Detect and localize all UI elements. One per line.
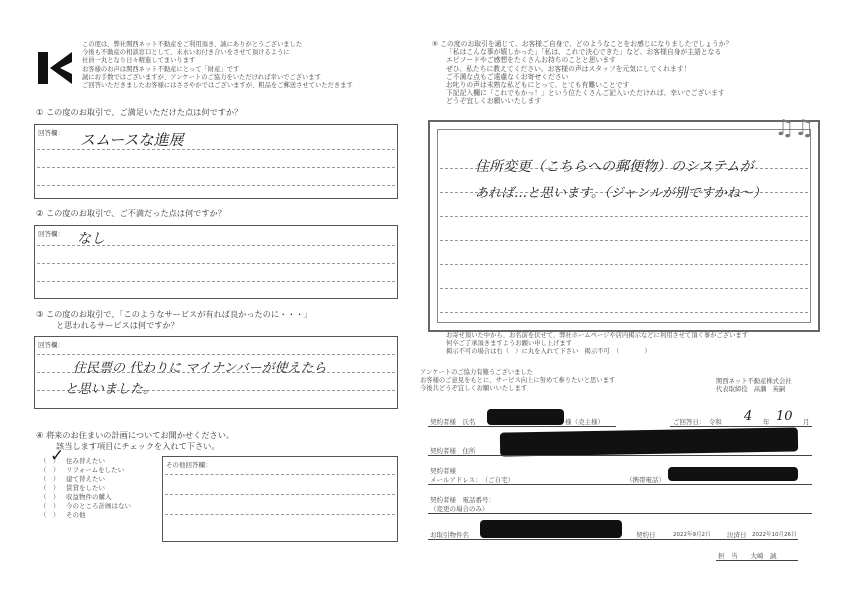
thanks-text: アンケートのご協力有難うございました お客様のご意見をもとに、サービス向上に努め… xyxy=(420,369,615,394)
option-rebuild[interactable]: （ ）建て替えたい xyxy=(40,475,131,484)
q3-answer-line1: 住民票の 代わりに マイナンバーが使えたら xyxy=(73,357,326,376)
check-mark-icon: ✓ xyxy=(50,446,64,466)
q5-intro-line: お叱りの声は未熟な私どもにとって、とても有難いことです xyxy=(432,81,732,89)
intro-line: 誠にお手数ではございますが、アンケートのご協力をいただければ幸いでございます xyxy=(82,74,353,82)
address-underline xyxy=(428,455,812,456)
answer-label: 回答欄： xyxy=(38,229,64,238)
company-name: 関西ネット不動産株式会社 xyxy=(716,378,792,386)
q4-question-line1: ④ 将来のお住まいの計画についてお聞かせください。 xyxy=(36,430,234,440)
intro-line: お客様のお声は関西ネット不動産にとって「財産」です xyxy=(82,66,353,74)
date-year: 4 xyxy=(744,409,752,424)
redacted-address xyxy=(500,427,798,456)
company-signature: 関西ネット不動産株式会社 代表取締役 高瀬 英嗣 xyxy=(716,378,792,394)
intro-line: 社員一丸となり日々精進してまいります xyxy=(82,57,353,65)
year-unit: 年 xyxy=(763,417,770,426)
staff-label: 担 当 大崎 誠 xyxy=(718,551,777,560)
q1-answer-box[interactable]: 回答欄： スムースな進展 xyxy=(34,124,398,199)
email-label-line1: 契約者様 xyxy=(430,466,456,475)
q5-answer-line1: 住所変更（こちらへの郵便物）のシステムが xyxy=(475,156,754,176)
date-label: ご回答日： 令和 xyxy=(673,417,722,426)
option-rent[interactable]: （ ）賃貸をしたい xyxy=(40,484,131,493)
phone-underline xyxy=(428,513,812,514)
music-notes-icon: ♫♫ xyxy=(775,116,814,141)
q5-answer-frame[interactable]: ♫♫ 住所変更（こちらへの郵便物）のシステムが あれば…と思います。（ジャンルが… xyxy=(428,120,820,332)
phone-label-line1: 契約者様 電話番号： xyxy=(430,495,495,504)
contract-date-label: 契約日 xyxy=(636,530,656,539)
disclosure-text: お寄せ頂いた中から、お名前を伏せて、弊社ホームページや店内掲示などに利用させて頂… xyxy=(446,332,748,357)
option-investment[interactable]: （ ）収益物件の購入 xyxy=(40,493,131,502)
q2-answer-box[interactable]: 回答欄： なし xyxy=(34,225,398,299)
disclosure-line: お寄せ頂いた中から、お名前を伏せて、弊社ホームページや店内掲示などに利用させて頂… xyxy=(446,332,748,340)
redacted-mobile xyxy=(668,467,798,481)
other-answer-label: その他回答欄： xyxy=(166,460,212,469)
answer-label: 回答欄： xyxy=(38,340,64,349)
q5-intro-line: どうぞ宜しくお願いいたします xyxy=(432,97,732,105)
q5-intro-line: エピソードやご感想をたくさんお持ちのことと思います xyxy=(432,56,732,64)
answer-label: 回答欄： xyxy=(38,128,64,137)
representative-name: 代表取締役 高瀬 英嗣 xyxy=(716,386,792,394)
q3-answer-box[interactable]: 回答欄： 住民票の 代わりに マイナンバーが使えたら と思いました。 xyxy=(34,336,398,409)
settlement-date: 2022年10月26日 xyxy=(752,530,797,538)
name-label: 契約者様 氏名 xyxy=(430,417,476,426)
thanks-line: 今後共どうぞ宜しくお願いいたします xyxy=(420,385,615,393)
q3-question-line1: ③ この度のお取引で、「このようなサービスが有れば良かったのに・・・」 xyxy=(36,309,312,319)
q4-options-list: （ ）住み替えたい （ ）リフォームをしたい （ ）建て替えたい （ ）賃貸をし… xyxy=(40,457,131,520)
q5-intro-line: ⑤ この度のお取引を通じて、お客様ご自身で、どのようなことをお感じになりましたで… xyxy=(432,40,732,48)
name-underline xyxy=(428,426,616,427)
disclosure-opt-out[interactable]: 掲示不可の場合は右（ ）に丸を入れて下さい 掲示不可 （ ） xyxy=(446,348,748,356)
option-other[interactable]: （ ）その他 xyxy=(40,511,131,520)
option-reform[interactable]: （ ）リフォームをしたい xyxy=(40,466,131,475)
q2-answer-text: なし xyxy=(77,228,105,248)
property-underline xyxy=(428,539,798,540)
email-label-line2: メールアドレス： （ご自宅） xyxy=(430,475,514,484)
q5-intro: ⑤ この度のお取引を通じて、お客様ご自身で、どのようなことをお感じになりましたで… xyxy=(432,40,732,106)
q5-intro-line: ぜひ、私たちに教えてください。お客様の声はスタッフを元気にしてくれます！ xyxy=(432,65,732,73)
q2-question: ② この度のお取引で、ご不満だった点は何ですか？ xyxy=(36,208,226,218)
q1-answer-text: スムースな進展 xyxy=(80,129,184,150)
settlement-date-label: 決済日 xyxy=(727,530,747,539)
q1-question: ① この度のお取引で、ご満足いただけた点は何ですか？ xyxy=(36,107,242,117)
q4-other-answer-box[interactable]: その他回答欄： xyxy=(162,456,398,542)
redacted-name xyxy=(487,409,564,425)
thanks-line: アンケートのご協力有難うございました xyxy=(420,369,615,377)
contract-date: 2022年9月2日 xyxy=(673,530,711,538)
q4-question-line2: 該当します項目にチェックを入れて下さい。 xyxy=(56,441,220,451)
q3-question-line2: と思われるサービスは何ですか？ xyxy=(56,320,179,330)
month-unit: 月 xyxy=(803,417,810,426)
option-no-plan[interactable]: （ ）今のところ計画はない xyxy=(40,502,131,511)
q3-answer-line2: と思いました。 xyxy=(65,378,156,397)
intro-line: この度は、弊社関西ネット不動産をご利用頂き、誠にありがとうございました xyxy=(82,41,353,49)
phone-label-line2: （変更の場合のみ） xyxy=(430,504,489,513)
redacted-property xyxy=(480,520,622,538)
intro-line: ご回答いただきましたお客様にはささやかではございますが、粗品をご郵送させていただ… xyxy=(82,82,353,90)
q5-answer-line2: あれば…と思います。（ジャンルが別ですかね〜） xyxy=(475,182,766,201)
name-suffix: 様（売主様） xyxy=(565,417,604,426)
intro-text: この度は、弊社関西ネット不動産をご利用頂き、誠にありがとうございました 今後も不… xyxy=(82,41,353,90)
address-label: 契約者様 住所 xyxy=(430,446,476,455)
date-month: 10 xyxy=(776,409,793,424)
company-logo-icon xyxy=(38,50,74,86)
property-label: お取引物件名 xyxy=(430,530,469,539)
q5-intro-line: ご不満な点もご遠慮なくお寄せください xyxy=(432,73,732,81)
staff-underline xyxy=(716,560,798,561)
email-underline xyxy=(428,484,812,485)
mobile-label: （携帯電話） xyxy=(626,475,665,484)
